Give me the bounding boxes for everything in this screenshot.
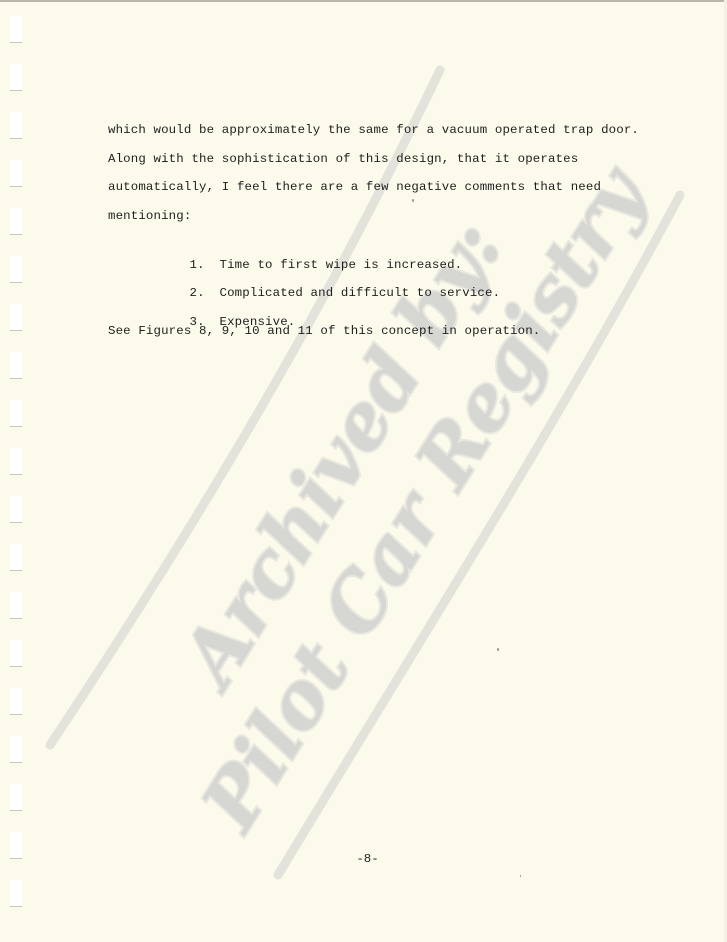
document-page: Archived by: Pilot Car Registry which wo… <box>0 0 727 942</box>
binder-holes <box>10 0 24 942</box>
paper-speck <box>497 648 499 651</box>
binder-hole <box>10 112 22 139</box>
paper-speck <box>412 199 414 202</box>
binder-hole <box>10 64 22 91</box>
paragraph-line: which would be approximately the same fo… <box>108 120 628 149</box>
list-item-number: 2. <box>190 283 220 303</box>
binder-hole <box>10 352 22 379</box>
binder-hole <box>10 496 22 523</box>
list-item-text: Time to first wipe is increased. <box>220 258 463 272</box>
paragraph-line: mentioning: <box>108 206 628 235</box>
list-item: 1.Time to first wipe is increased. <box>108 235 628 264</box>
closing-line: See Figures 8, 9, 10 and 11 of this conc… <box>108 321 628 350</box>
binder-hole <box>10 592 22 619</box>
list-item-number: 1. <box>190 255 220 275</box>
paper-speck <box>520 875 521 877</box>
paragraph-line: Along with the sophistication of this de… <box>108 149 628 178</box>
binder-hole <box>10 256 22 283</box>
binder-hole <box>10 784 22 811</box>
page-top-edge <box>0 0 727 2</box>
binder-hole <box>10 16 22 43</box>
binder-hole <box>10 640 22 667</box>
list-item-text: Complicated and difficult to service. <box>220 286 501 300</box>
binder-hole <box>10 208 22 235</box>
paragraph-line: automatically, I feel there are a few ne… <box>108 177 628 206</box>
document-body: which would be approximately the same fo… <box>108 120 628 350</box>
binder-hole <box>10 688 22 715</box>
page-number: -8- <box>0 852 727 866</box>
binder-hole <box>10 400 22 427</box>
binder-hole <box>10 448 22 475</box>
binder-hole <box>10 544 22 571</box>
binder-hole <box>10 304 22 331</box>
binder-hole <box>10 880 22 907</box>
binder-hole <box>10 160 22 187</box>
binder-hole <box>10 736 22 763</box>
